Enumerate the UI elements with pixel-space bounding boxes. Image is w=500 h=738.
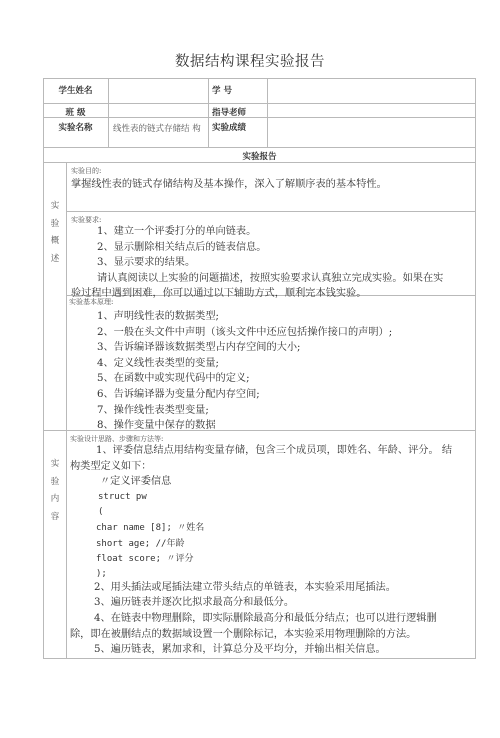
code-line: char name [8]; 〃姓名: [70, 521, 452, 537]
code-line: (: [70, 505, 452, 521]
class-field[interactable]: [110, 105, 206, 116]
grade-field[interactable]: [270, 119, 473, 146]
step-5: 5、遍历链表，累加求和，计算总分及平均分，并输出相关信息。: [70, 642, 452, 658]
table-border-left: [43, 78, 44, 659]
code-line: struct pw: [70, 490, 452, 506]
document-title: 数据结构课程实验报告: [0, 50, 500, 71]
step-1-cont: 构类型定义如下：: [70, 459, 452, 475]
principle-item: 6、告诉编译器为变量分配内存空间;: [71, 387, 392, 403]
grade-label: 实验成绩: [212, 121, 246, 133]
student-id-label: 学 号: [212, 84, 232, 96]
principle-item: 3、告诉编译器该数据类型占内存空间的大小;: [71, 340, 392, 356]
student-name-label: 学生姓名: [43, 84, 108, 96]
principles-clip: 1、声明线性表的数据类型; 2、一般在头文件中声明（该头文件中还应包括操作接口的…: [67, 305, 475, 430]
student-name-field[interactable]: [110, 84, 206, 100]
step-3: 3、遍历链表并逐次比拟求最高分和最低分。: [70, 595, 452, 611]
code-line: float score; 〃评分: [70, 552, 452, 568]
principle-item: 4、定义线性表类型的变量;: [71, 356, 392, 372]
content-body: 1、评委信息结点用结构变量存储，包含三个成员项，即姓名、年龄、评分。 结 构类型…: [70, 443, 452, 658]
principles-list: 1、声明线性表的数据类型; 2、一般在头文件中声明（该头文件中还应包括操作接口的…: [71, 309, 392, 430]
purpose-text: 掌握线性表的链式存储结构及基本操作，深入了解顺序表的基本特性。: [71, 177, 387, 193]
step-4: 4、在链表中物理删除，即实际删除最高分和最低分结点；也可以进行逻辑删: [70, 611, 452, 627]
student-id-field[interactable]: [270, 84, 473, 100]
requirements-note: 请认真阅读以上实验的问题描述，按照实验要求认真独立完成实验。如果在实: [71, 271, 443, 287]
step-4-cont: 除，即在被删结点的数据域设置一个删除标记，本实验采用物理删除的方法。: [70, 627, 452, 643]
requirement-item: 3、显示要求的结果。: [71, 255, 443, 271]
teacher-label: 指导老师: [212, 106, 246, 118]
purpose-heading: 实验目的:: [71, 166, 101, 176]
content-side-label: 实 验 内 容: [44, 456, 66, 526]
col-divider: [267, 78, 268, 147]
principle-item: 1、声明线性表的数据类型;: [71, 309, 392, 325]
requirement-item: 2、显示删除相关结点后的链表信息。: [71, 240, 443, 256]
step-2: 2、用头插法或尾插法建立带头结点的单链表，本实验采用尾插法。: [70, 580, 452, 596]
principle-item: 2、一般在头文件中声明（该头文件中还应包括操作接口的声明）;: [71, 325, 392, 341]
experiment-name-label: 实验名称: [43, 121, 108, 133]
code-line: short age; //年龄: [70, 537, 452, 553]
principle-item: 5、在函数中或实现代码中的定义;: [71, 371, 392, 387]
row-divider: [66, 211, 476, 212]
requirements-list: 1、建立一个评委打分的单向链表。 2、显示删除相关结点后的链表信息。 3、显示要…: [71, 224, 443, 302]
row-divider: [43, 162, 476, 163]
experiment-name-value: 线性表的链式存储结 构: [113, 122, 201, 134]
principle-item: 8、操作变量中保存的数据: [71, 418, 392, 430]
content-clip: 1、评委信息结点用结构变量存储，包含三个成员项，即姓名、年龄、评分。 结 构类型…: [67, 440, 475, 658]
requirements-note-cont: 验过程中遇到困难，你可以通过以下辅助方式，顺利完本钱实验。: [71, 286, 443, 302]
step-1: 1、评委信息结点用结构变量存储，包含三个成员项，即姓名、年龄、评分。 结: [70, 443, 452, 459]
row-divider: [43, 147, 476, 148]
code-comment: 〃定义评委信息: [70, 474, 452, 490]
col-divider: [208, 78, 209, 147]
teacher-field[interactable]: [270, 105, 473, 116]
principle-item: 7、操作线性表类型变量;: [71, 403, 392, 419]
table-border-right: [475, 78, 476, 659]
code-line: );: [70, 568, 452, 580]
overview-side-label: 实 验 概 述: [44, 198, 66, 268]
table-border-bottom: [43, 658, 476, 659]
col-divider: [108, 78, 109, 147]
row-divider: [43, 430, 476, 431]
class-label: 班 级: [43, 106, 108, 118]
requirement-item: 1、建立一个评委打分的单向链表。: [71, 224, 443, 240]
report-section-title: 实验报告: [43, 150, 476, 162]
